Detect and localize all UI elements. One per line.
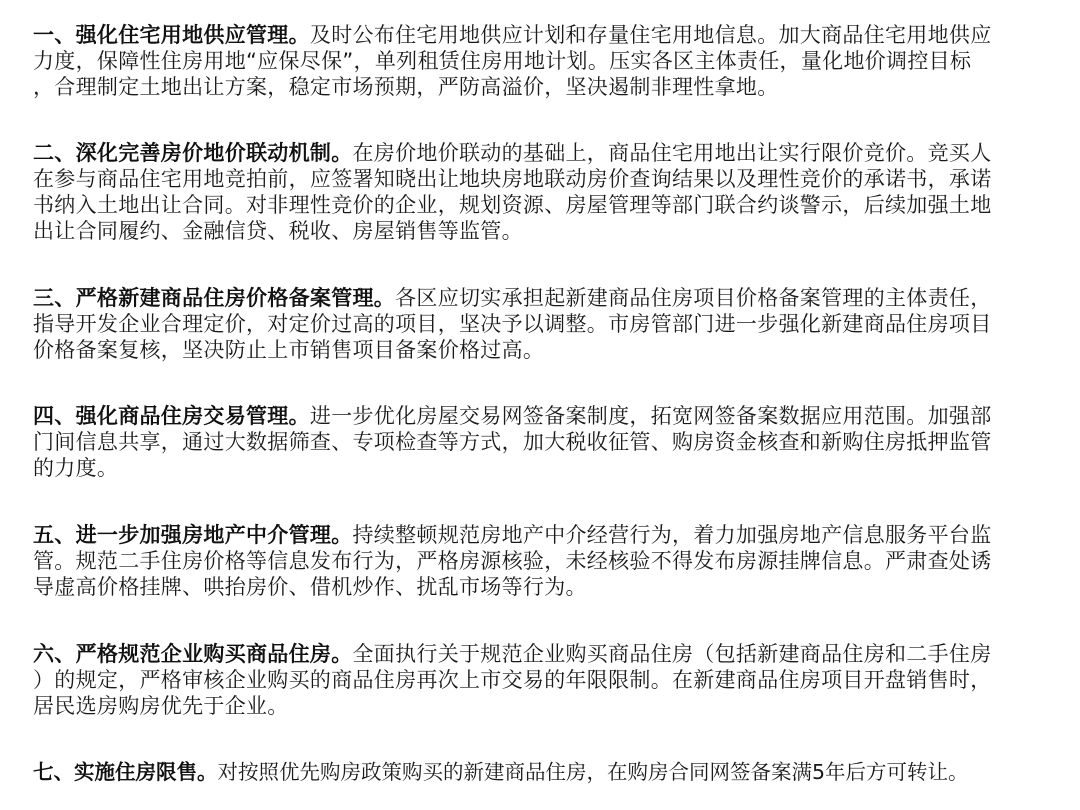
section-3-text: 各区应切实承担起新建商品住房项目价格备案管理的主体责任， <box>395 286 991 310</box>
section-4-text: 进一步优化房屋交易网签备案制度，拓宽网签备案数据应用范围。加强部 <box>310 404 992 428</box>
section-4-line-1: 四、强化商品住房交易管理。进一步优化房屋交易网签备案制度，拓宽网签备案数据应用范… <box>33 403 1053 429</box>
section-1-line-3: ，合理制定土地出让方案，稳定市场预期，严防高溢价，坚决遏制非理性拿地。 <box>33 74 1053 100</box>
section-5-line-2: 管。规范二手住房价格等信息发布行为，严格房源核验，未经核验不得发布房源挂牌信息。… <box>33 548 1053 574</box>
section-6: 六、严格规范企业购买商品住房。全面执行关于规范企业购买商品住房（包括新建商品住房… <box>33 641 1053 719</box>
section-2-line-2: 在参与商品住宅用地竞拍前，应签署知晓出让地块房地联动房价查询结果以及理性竞价的承… <box>33 166 1053 192</box>
section-3-heading: 三、严格新建商品住房价格备案管理。 <box>33 286 395 310</box>
section-2-line-1: 二、深化完善房价地价联动机制。在房价地价联动的基础上，商品住宅用地出让实行限价竞… <box>33 140 1053 166</box>
section-5: 五、进一步加强房地产中介管理。持续整顿规范房地产中介经营行为，着力加强房地产信息… <box>33 522 1053 600</box>
section-1-line-2: 力度，保障性住房用地“应保尽保”，单列租赁住房用地计划。压实各区主体责任，量化地… <box>33 48 1053 74</box>
section-7-text: 对按照优先购房政策购买的新建商品住房，在购房合同网签备案满5年后方可转让。 <box>218 760 969 784</box>
section-2-heading: 二、深化完善房价地价联动机制。 <box>33 141 353 165</box>
section-6-heading: 六、严格规范企业购买商品住房。 <box>33 642 353 666</box>
section-1: 一、强化住宅用地供应管理。及时公布住宅用地供应计划和存量住宅用地信息。加大商品住… <box>33 22 1053 100</box>
section-3-line-1: 三、严格新建商品住房价格备案管理。各区应切实承担起新建商品住房项目价格备案管理的… <box>33 285 1053 311</box>
section-3-line-3: 价格备案复核，坚决防止上市销售项目备案价格过高。 <box>33 337 1053 363</box>
section-5-line-1: 五、进一步加强房地产中介管理。持续整顿规范房地产中介经营行为，着力加强房地产信息… <box>33 522 1053 548</box>
section-1-line-1: 一、强化住宅用地供应管理。及时公布住宅用地供应计划和存量住宅用地信息。加大商品住… <box>33 22 1053 48</box>
section-2: 二、深化完善房价地价联动机制。在房价地价联动的基础上，商品住宅用地出让实行限价竞… <box>33 140 1053 244</box>
section-3: 三、严格新建商品住房价格备案管理。各区应切实承担起新建商品住房项目价格备案管理的… <box>33 285 1053 363</box>
section-1-heading: 一、强化住宅用地供应管理。 <box>33 23 310 47</box>
section-7: 七、实施住房限售。对按照优先购房政策购买的新建商品住房，在购房合同网签备案满5年… <box>33 759 1053 785</box>
section-3-line-2: 指导开发企业合理定价，对定价过高的项目，坚决予以调整。市房管部门进一步强化新建商… <box>33 311 1053 337</box>
section-2-line-4: 出让合同履约、金融信贷、税收、房屋销售等监管。 <box>33 218 1053 244</box>
section-6-line-3: 居民选房购房优先于企业。 <box>33 693 1053 719</box>
section-7-heading: 七、实施住房限售。 <box>33 760 218 784</box>
section-2-text: 在房价地价联动的基础上，商品住宅用地出让实行限价竞价。竞买人 <box>353 141 992 165</box>
section-4-line-3: 的力度。 <box>33 455 1053 481</box>
section-6-text: 全面执行关于规范企业购买商品住房（包括新建商品住房和二手住房 <box>353 642 992 666</box>
section-4: 四、强化商品住房交易管理。进一步优化房屋交易网签备案制度，拓宽网签备案数据应用范… <box>33 403 1053 481</box>
section-4-line-2: 门间信息共享，通过大数据筛查、专项检查等方式，加大税收征管、购房资金核查和新购住… <box>33 429 1053 455</box>
section-2-line-3: 书纳入土地出让合同。对非理性竞价的企业，规划资源、房屋管理等部门联合约谈警示，后… <box>33 192 1053 218</box>
section-5-heading: 五、进一步加强房地产中介管理。 <box>33 523 353 547</box>
section-1-text: 及时公布住宅用地供应计划和存量住宅用地信息。加大商品住宅用地供应 <box>310 23 992 47</box>
section-5-text: 持续整顿规范房地产中介经营行为，着力加强房地产信息服务平台监 <box>353 523 992 547</box>
section-4-heading: 四、强化商品住房交易管理。 <box>33 404 310 428</box>
section-6-line-2: ）的规定，严格审核企业购买的商品住房再次上市交易的年限限制。在新建商品住房项目开… <box>33 667 1053 693</box>
section-7-line-1: 七、实施住房限售。对按照优先购房政策购买的新建商品住房，在购房合同网签备案满5年… <box>33 759 1053 785</box>
section-5-line-3: 导虚高价格挂牌、哄抬房价、借机炒作、扰乱市场等行为。 <box>33 574 1053 600</box>
section-6-line-1: 六、严格规范企业购买商品住房。全面执行关于规范企业购买商品住房（包括新建商品住房… <box>33 641 1053 667</box>
